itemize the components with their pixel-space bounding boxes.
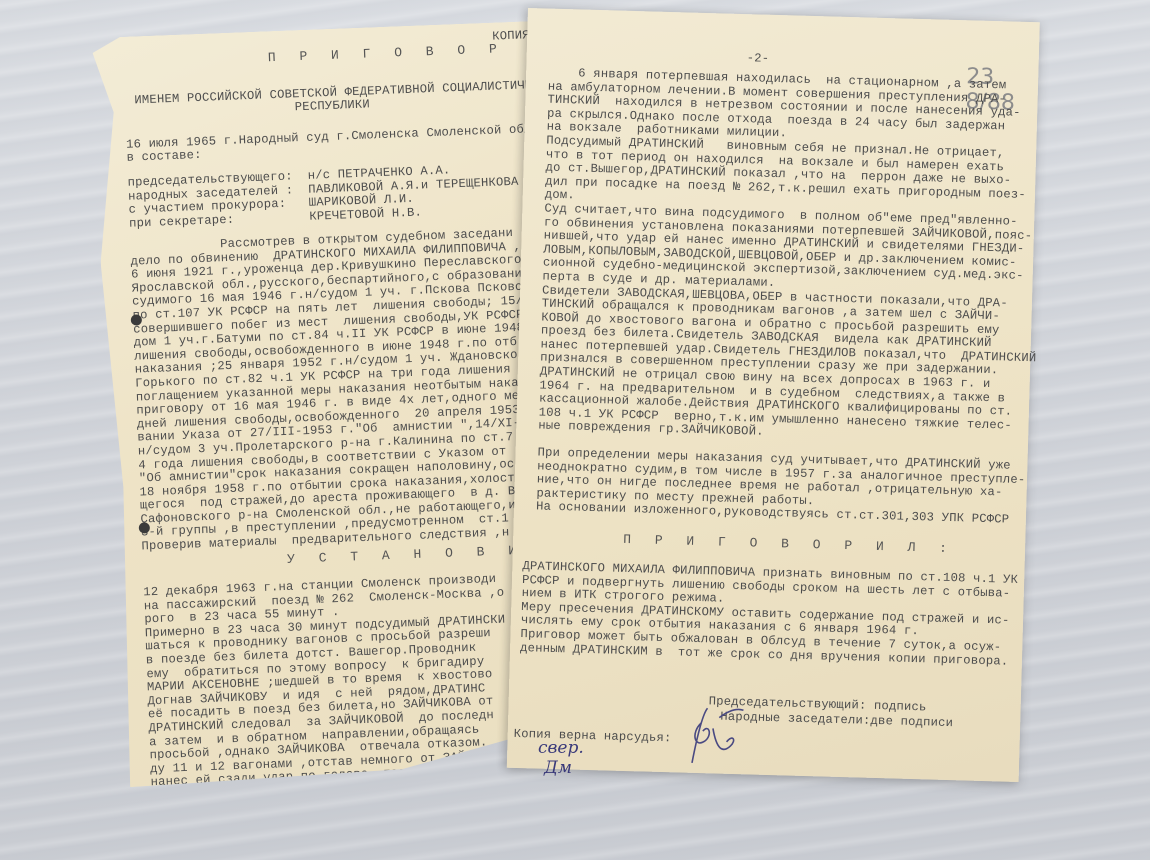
header-line-2: РЕСПУБЛИКИ: [295, 98, 371, 114]
verdict-body: ДРАТИНСКОГО МИХАИЛА ФИЛИППОВИЧА признать…: [520, 560, 1018, 669]
composition-label: в составе:: [126, 149, 202, 165]
handwritten-note: Дм: [544, 758, 572, 778]
page-number: -2-: [746, 52, 769, 66]
text-line: ние головного мозга,относящиеся к катего…: [152, 804, 513, 831]
verdict-page-2: -2- 23 8/88 6 января потерпевшая находил…: [507, 8, 1040, 782]
handwritten-note: свер.: [538, 738, 584, 758]
page2-body: 6 января потерпевшая находилась на стаци…: [538, 67, 1044, 448]
verdict-heading: П Р И Г О В О Р И Л :: [623, 533, 955, 556]
court-panel: председательствующего: н/с ПЕТРАЧЕНКО А.…: [127, 161, 550, 231]
established-body: 12 декабря 1963 г.на станции Смоленск пр…: [143, 573, 513, 845]
document-title: П Р И Г О В О Р: [268, 42, 505, 65]
text-line: де трещины кости черепа в области лямбдо…: [151, 790, 512, 817]
text-line: повреждений.: [152, 817, 513, 844]
sentencing-considerations: При определении меры наказания суд учиты…: [536, 446, 1026, 528]
judge-signature: [672, 702, 754, 774]
